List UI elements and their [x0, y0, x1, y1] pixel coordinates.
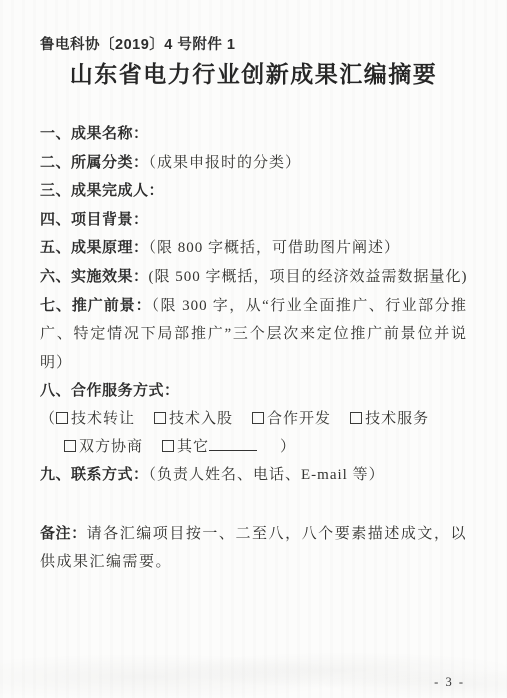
open-paren: （ [40, 411, 56, 427]
item-label: 七、推广前景： [40, 297, 152, 314]
document-reference: 鲁电科协〔2019〕4 号附件 1 [40, 33, 235, 54]
item-row-2: 二、所属分类：（成果申报时的分类） [40, 149, 467, 178]
item-note: （成果申报时的分类） [149, 155, 302, 171]
item-label: 九、联系方式： [40, 466, 149, 483]
item-label: 八、合作服务方式： [40, 382, 180, 399]
item-label: 二、所属分类： [40, 154, 149, 171]
cooperation-options-row-2: 双方协商其它） [40, 434, 467, 462]
coop-option-label: 双方协商 [79, 439, 143, 455]
scanned-document-page: 鲁电科协〔2019〕4 号附件 1 山东省电力行业创新成果汇编摘要 一、成果名称… [0, 0, 507, 698]
item-row-1: 一、成果名称： [40, 120, 467, 149]
close-paren: ） [280, 439, 296, 455]
item-row-6: 六、实施效果：(限 500 字概括，项目的经济效益需数据量化) [40, 263, 467, 292]
checkbox-icon [162, 440, 174, 452]
item-note: （负责人姓名、电话、E-mail 等） [149, 467, 385, 483]
coop-option-label: 技术服务 [365, 411, 429, 427]
item-label: 三、成果完成人： [40, 182, 164, 199]
coop-option-tech-transfer: 技术转让 [56, 406, 135, 434]
checkbox-icon [350, 412, 362, 424]
coop-option-mutual-agreement: 双方协商 [64, 434, 143, 462]
coop-option-label: 技术转让 [71, 411, 135, 427]
checkbox-icon [64, 440, 76, 452]
coop-option-label: 技术入股 [169, 411, 233, 427]
coop-option-other: 其它 [162, 434, 257, 462]
item-row-4: 四、项目背景： [40, 206, 467, 235]
item-row-9: 九、联系方式：（负责人姓名、电话、E-mail 等） [40, 461, 467, 490]
page-title: 山东省电力行业创新成果汇编摘要 [0, 56, 507, 89]
checkbox-icon [252, 412, 264, 424]
item-row-8: 八、合作服务方式： [40, 377, 467, 406]
coop-option-tech-shareholding: 技术入股 [154, 406, 233, 434]
page-number: - 3 - [434, 675, 465, 690]
other-blank-line [209, 437, 257, 451]
item-label: 四、项目背景： [40, 211, 149, 228]
item-note: （限 800 字概括，可借助图片阐述） [149, 240, 401, 256]
item-note: (限 500 字概括，项目的经济效益需数据量化) [149, 269, 468, 285]
item-label: 五、成果原理： [40, 239, 149, 256]
checkbox-icon [154, 412, 166, 424]
item-label: 一、成果名称： [40, 125, 149, 142]
cooperation-options-row-1: （技术转让技术入股合作开发技术服务 [40, 406, 467, 434]
item-label: 六、实施效果： [40, 268, 149, 285]
checkbox-icon [56, 412, 68, 424]
item-row-3: 三、成果完成人： [40, 177, 467, 206]
item-row-5: 五、成果原理：（限 800 字概括，可借助图片阐述） [40, 234, 467, 263]
remark-label: 备注： [40, 525, 87, 542]
item-row-7: 七、推广前景：（限 300 字，从“行业全面推广、行业部分推广、特定情况下局部推… [40, 292, 467, 378]
remark-note: 备注：请各汇编项目按一、二至八，八个要素描述成文，以供成果汇编需要。 [40, 520, 467, 577]
coop-option-label: 合作开发 [267, 411, 331, 427]
coop-option-label: 其它 [177, 439, 209, 455]
document-body: 一、成果名称： 二、所属分类：（成果申报时的分类） 三、成果完成人： 四、项目背… [40, 120, 467, 577]
remark-text: 请各汇编项目按一、二至八，八个要素描述成文，以供成果汇编需要。 [40, 526, 467, 571]
coop-option-tech-service: 技术服务 [350, 406, 429, 434]
coop-option-joint-development: 合作开发 [252, 406, 331, 434]
